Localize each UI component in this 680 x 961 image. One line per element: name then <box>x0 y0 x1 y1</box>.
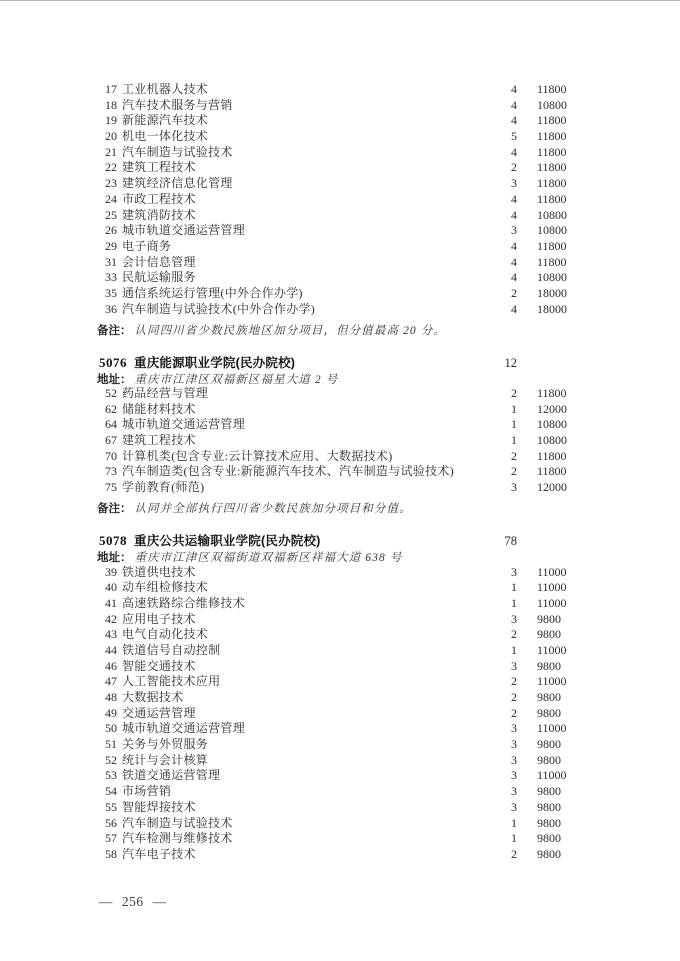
tuition-fee: 9800 <box>537 784 578 800</box>
tuition-fee: 9800 <box>537 627 578 643</box>
admit-count: 3 <box>487 784 517 800</box>
major-name: 汽车制造与试验技术 <box>122 145 487 161</box>
table-row: 23 建筑经济信息化管理 3 11800 <box>96 176 578 192</box>
tuition-fee: 12000 <box>537 480 578 496</box>
tuition-fee: 11000 <box>537 674 578 690</box>
major-number: 52 <box>96 386 117 402</box>
major-number: 31 <box>96 255 117 271</box>
table-row: 42 应用电子技术 3 9800 <box>96 612 578 628</box>
major-name: 城市轨道交通运营管理 <box>122 417 487 433</box>
major-name: 储能材料技术 <box>122 402 487 418</box>
tuition-fee: 10800 <box>537 270 578 286</box>
admit-count: 2 <box>487 386 517 402</box>
major-number: 41 <box>96 596 117 612</box>
admit-count: 3 <box>487 612 517 628</box>
major-number: 49 <box>96 706 117 722</box>
page-number: — 256 — <box>99 894 167 910</box>
address-label: 地址： <box>97 374 132 386</box>
major-number: 26 <box>96 223 117 239</box>
admit-count: 1 <box>487 643 517 659</box>
table-row: 47 人工智能技术应用 2 11000 <box>96 674 578 690</box>
admit-count: 2 <box>487 674 517 690</box>
major-number: 29 <box>96 239 117 255</box>
admit-count: 3 <box>487 565 517 581</box>
major-number: 21 <box>96 145 117 161</box>
tuition-fee: 9800 <box>537 612 578 628</box>
major-number: 24 <box>96 192 117 208</box>
major-number: 44 <box>96 643 117 659</box>
major-name: 新能源汽车技术 <box>122 113 487 129</box>
note-label: 备注： <box>97 503 132 515</box>
tuition-fee: 11000 <box>537 643 578 659</box>
college-header: 5078 重庆公共运输职业学院(民办院校) 78 <box>96 532 578 550</box>
major-name: 智能焊接技术 <box>122 800 487 816</box>
major-number: 53 <box>96 768 117 784</box>
table-row: 56 汽车制造与试验技术 1 9800 <box>96 816 578 832</box>
table-row: 70 计算机类(包含专业:云计算技术应用、大数据技术) 2 11800 <box>96 449 578 465</box>
major-table: 17 工业机器人技术 4 11800 18 汽车技术服务与营销 4 10800 … <box>96 82 578 317</box>
admit-count: 3 <box>487 223 517 239</box>
table-row: 52 统计与会计核算 3 9800 <box>96 753 578 769</box>
major-name: 计算机类(包含专业:云计算技术应用、大数据技术) <box>122 449 487 465</box>
admit-count: 2 <box>487 690 517 706</box>
address-text: 重庆市江津区双福街道双福新区祥福大道 638 号 <box>135 552 403 564</box>
major-name: 建筑工程技术 <box>122 160 487 176</box>
college-section: 17 工业机器人技术 4 11800 18 汽车技术服务与营销 4 10800 … <box>96 82 578 338</box>
college-plan-total: 78 <box>487 532 517 550</box>
tuition-fee: 12000 <box>537 402 578 418</box>
major-name: 人工智能技术应用 <box>122 674 487 690</box>
table-row: 20 机电一体化技术 5 11800 <box>96 129 578 145</box>
admit-count: 3 <box>487 176 517 192</box>
table-row: 24 市政工程技术 4 11800 <box>96 192 578 208</box>
tuition-fee: 18000 <box>537 302 578 318</box>
college-section: 5078 重庆公共运输职业学院(民办院校) 78 地址：重庆市江津区双福街道双福… <box>96 532 578 863</box>
table-row: 17 工业机器人技术 4 11800 <box>96 82 578 98</box>
tuition-fee: 11800 <box>537 113 578 129</box>
table-row: 48 大数据技术 2 9800 <box>96 690 578 706</box>
major-number: 17 <box>96 82 117 98</box>
major-name: 会计信息管理 <box>122 255 487 271</box>
major-name: 工业机器人技术 <box>122 82 487 98</box>
major-name: 建筑经济信息化管理 <box>122 176 487 192</box>
table-row: 54 市场营销 3 9800 <box>96 784 578 800</box>
tuition-fee: 9800 <box>537 690 578 706</box>
major-name: 学前教育(师范) <box>122 480 487 496</box>
major-name: 汽车制造与试验技术 <box>122 816 487 832</box>
tuition-fee: 9800 <box>537 847 578 863</box>
tuition-fee: 10800 <box>537 223 578 239</box>
major-number: 22 <box>96 160 117 176</box>
address-text: 重庆市江津区双福新区福星大道 2 号 <box>135 374 339 386</box>
tuition-fee: 11800 <box>537 464 578 480</box>
tuition-fee: 9800 <box>537 737 578 753</box>
major-name: 铁道交通运营管理 <box>122 768 487 784</box>
table-row: 29 电子商务 4 11800 <box>96 239 578 255</box>
tuition-fee: 11800 <box>537 255 578 271</box>
major-name: 机电一体化技术 <box>122 129 487 145</box>
table-row: 49 交通运营管理 2 9800 <box>96 706 578 722</box>
table-row: 67 建筑工程技术 1 10800 <box>96 433 578 449</box>
address-line: 地址：重庆市江津区双福街道双福新区祥福大道 638 号 <box>96 550 578 565</box>
major-name: 城市轨道交通运营管理 <box>122 223 487 239</box>
admit-count: 3 <box>487 480 517 496</box>
major-name: 高速铁路综合维修技术 <box>122 596 487 612</box>
college-code: 5078 <box>96 532 127 550</box>
admit-count: 3 <box>487 659 517 675</box>
admit-count: 3 <box>487 753 517 769</box>
major-name: 建筑工程技术 <box>122 433 487 449</box>
major-name: 汽车电子技术 <box>122 847 487 863</box>
table-row: 26 城市轨道交通运营管理 3 10800 <box>96 223 578 239</box>
tuition-fee: 11000 <box>537 768 578 784</box>
college-name: 重庆能源职业学院(民办院校) <box>134 354 487 372</box>
table-row: 21 汽车制造与试验技术 4 11800 <box>96 145 578 161</box>
tuition-fee: 10800 <box>537 208 578 224</box>
major-name: 关务与外贸服务 <box>122 737 487 753</box>
tuition-fee: 9800 <box>537 753 578 769</box>
major-number: 43 <box>96 627 117 643</box>
admit-count: 4 <box>487 113 517 129</box>
admit-count: 1 <box>487 417 517 433</box>
tuition-fee: 11800 <box>537 449 578 465</box>
major-number: 20 <box>96 129 117 145</box>
tuition-fee: 10800 <box>537 98 578 114</box>
table-row: 51 关务与外贸服务 3 9800 <box>96 737 578 753</box>
table-row: 64 城市轨道交通运营管理 1 10800 <box>96 417 578 433</box>
tuition-fee: 11800 <box>537 192 578 208</box>
table-row: 50 城市轨道交通运营管理 3 11000 <box>96 721 578 737</box>
major-number: 70 <box>96 449 117 465</box>
tuition-fee: 11800 <box>537 386 578 402</box>
college-list: 17 工业机器人技术 4 11800 18 汽车技术服务与营销 4 10800 … <box>96 82 578 863</box>
major-name: 汽车检测与维修技术 <box>122 831 487 847</box>
major-name: 交通运营管理 <box>122 706 487 722</box>
major-name: 铁道供电技术 <box>122 565 487 581</box>
table-row: 22 建筑工程技术 2 11800 <box>96 160 578 176</box>
address-line: 地址：重庆市江津区双福新区福星大道 2 号 <box>96 372 578 387</box>
table-row: 73 汽车制造类(包含专业:新能源汽车技术、汽车制造与试验技术) 2 11800 <box>96 464 578 480</box>
admit-count: 3 <box>487 721 517 737</box>
major-name: 电气自动化技术 <box>122 627 487 643</box>
admit-count: 2 <box>487 464 517 480</box>
major-name: 大数据技术 <box>122 690 487 706</box>
major-name: 电子商务 <box>122 239 487 255</box>
major-number: 75 <box>96 480 117 496</box>
major-name: 市场营销 <box>122 784 487 800</box>
tuition-fee: 11800 <box>537 239 578 255</box>
tuition-fee: 11800 <box>537 176 578 192</box>
page-top-edge <box>0 0 680 1</box>
major-name: 民航运输服务 <box>122 270 487 286</box>
major-number: 48 <box>96 690 117 706</box>
admit-count: 2 <box>487 706 517 722</box>
major-name: 建筑消防技术 <box>122 208 487 224</box>
admit-count: 4 <box>487 145 517 161</box>
tuition-fee: 9800 <box>537 659 578 675</box>
table-row: 35 通信系统运行管理(中外合作办学) 2 18000 <box>96 286 578 302</box>
admit-count: 2 <box>487 627 517 643</box>
tuition-fee: 9800 <box>537 706 578 722</box>
major-number: 73 <box>96 464 117 480</box>
major-name: 通信系统运行管理(中外合作办学) <box>122 286 487 302</box>
table-row: 62 储能材料技术 1 12000 <box>96 402 578 418</box>
major-number: 19 <box>96 113 117 129</box>
major-number: 64 <box>96 417 117 433</box>
major-number: 58 <box>96 847 117 863</box>
tuition-fee: 18000 <box>537 286 578 302</box>
note-line: 备注：认同四川省少数民族地区加分项目，但分值最高 20 分。 <box>96 322 578 338</box>
table-row: 41 高速铁路综合维修技术 1 11000 <box>96 596 578 612</box>
admit-count: 3 <box>487 800 517 816</box>
major-number: 54 <box>96 784 117 800</box>
major-number: 23 <box>96 176 117 192</box>
major-number: 39 <box>96 565 117 581</box>
admit-count: 3 <box>487 737 517 753</box>
admit-count: 4 <box>487 192 517 208</box>
major-name: 药品经营与管理 <box>122 386 487 402</box>
table-row: 58 汽车电子技术 2 9800 <box>96 847 578 863</box>
major-number: 67 <box>96 433 117 449</box>
table-row: 31 会计信息管理 4 11800 <box>96 255 578 271</box>
document-page: 17 工业机器人技术 4 11800 18 汽车技术服务与营销 4 10800 … <box>96 82 578 863</box>
major-name: 市政工程技术 <box>122 192 487 208</box>
college-section: 5076 重庆能源职业学院(民办院校) 12 地址：重庆市江津区双福新区福星大道… <box>96 354 578 517</box>
tuition-fee: 11000 <box>537 721 578 737</box>
admit-count: 4 <box>487 270 517 286</box>
tuition-fee: 11800 <box>537 160 578 176</box>
tuition-fee: 9800 <box>537 816 578 832</box>
admit-count: 2 <box>487 160 517 176</box>
major-number: 25 <box>96 208 117 224</box>
table-row: 40 动车组检修技术 1 11000 <box>96 580 578 596</box>
tuition-fee: 11000 <box>537 580 578 596</box>
major-name: 汽车制造类(包含专业:新能源汽车技术、汽车制造与试验技术) <box>122 464 487 480</box>
table-row: 75 学前教育(师范) 3 12000 <box>96 480 578 496</box>
table-row: 57 汽车检测与维修技术 1 9800 <box>96 831 578 847</box>
table-row: 33 民航运输服务 4 10800 <box>96 270 578 286</box>
major-number: 36 <box>96 302 117 318</box>
table-row: 25 建筑消防技术 4 10800 <box>96 208 578 224</box>
major-number: 46 <box>96 659 117 675</box>
college-code: 5076 <box>96 354 127 372</box>
major-number: 33 <box>96 270 117 286</box>
table-row: 52 药品经营与管理 2 11800 <box>96 386 578 402</box>
tuition-fee: 9800 <box>537 800 578 816</box>
college-plan-total: 12 <box>487 354 517 372</box>
admit-count: 3 <box>487 768 517 784</box>
admit-count: 1 <box>487 580 517 596</box>
tuition-fee: 11000 <box>537 596 578 612</box>
table-row: 43 电气自动化技术 2 9800 <box>96 627 578 643</box>
major-number: 42 <box>96 612 117 628</box>
note-line: 备注：认同并全部执行四川省少数民族加分项目和分值。 <box>96 500 578 516</box>
major-number: 50 <box>96 721 117 737</box>
major-name: 汽车制造与试验技术(中外合作办学) <box>122 302 487 318</box>
admit-count: 4 <box>487 98 517 114</box>
note-text: 认同四川省少数民族地区加分项目，但分值最高 20 分。 <box>135 325 446 337</box>
admit-count: 4 <box>487 255 517 271</box>
major-number: 62 <box>96 402 117 418</box>
tuition-fee: 11800 <box>537 129 578 145</box>
major-name: 统计与会计核算 <box>122 753 487 769</box>
major-number: 55 <box>96 800 117 816</box>
major-table: 52 药品经营与管理 2 11800 62 储能材料技术 1 12000 64 … <box>96 386 578 496</box>
tuition-fee: 10800 <box>537 417 578 433</box>
admit-count: 2 <box>487 847 517 863</box>
table-row: 53 铁道交通运营管理 3 11000 <box>96 768 578 784</box>
major-number: 18 <box>96 98 117 114</box>
tuition-fee: 11000 <box>537 565 578 581</box>
major-name: 动车组检修技术 <box>122 580 487 596</box>
admit-count: 1 <box>487 816 517 832</box>
table-row: 39 铁道供电技术 3 11000 <box>96 565 578 581</box>
college-name: 重庆公共运输职业学院(民办院校) <box>134 532 487 550</box>
admit-count: 4 <box>487 302 517 318</box>
admit-count: 1 <box>487 433 517 449</box>
major-number: 56 <box>96 816 117 832</box>
admit-count: 2 <box>487 449 517 465</box>
admit-count: 4 <box>487 208 517 224</box>
tuition-fee: 10800 <box>537 433 578 449</box>
note-text: 认同并全部执行四川省少数民族加分项目和分值。 <box>135 503 412 515</box>
admit-count: 4 <box>487 239 517 255</box>
major-name: 铁道信号自动控制 <box>122 643 487 659</box>
major-number: 52 <box>96 753 117 769</box>
table-row: 19 新能源汽车技术 4 11800 <box>96 113 578 129</box>
note-label: 备注： <box>97 325 132 337</box>
address-label: 地址： <box>97 552 132 564</box>
college-header: 5076 重庆能源职业学院(民办院校) 12 <box>96 354 578 372</box>
major-number: 47 <box>96 674 117 690</box>
admit-count: 5 <box>487 129 517 145</box>
major-number: 40 <box>96 580 117 596</box>
major-number: 35 <box>96 286 117 302</box>
admit-count: 2 <box>487 286 517 302</box>
tuition-fee: 11800 <box>537 145 578 161</box>
major-name: 智能交通技术 <box>122 659 487 675</box>
table-row: 46 智能交通技术 3 9800 <box>96 659 578 675</box>
major-name: 应用电子技术 <box>122 612 487 628</box>
admit-count: 1 <box>487 402 517 418</box>
admit-count: 1 <box>487 831 517 847</box>
admit-count: 1 <box>487 596 517 612</box>
table-row: 36 汽车制造与试验技术(中外合作办学) 4 18000 <box>96 302 578 318</box>
tuition-fee: 11800 <box>537 82 578 98</box>
admit-count: 4 <box>487 82 517 98</box>
major-number: 57 <box>96 831 117 847</box>
tuition-fee: 9800 <box>537 831 578 847</box>
table-row: 55 智能焊接技术 3 9800 <box>96 800 578 816</box>
major-name: 城市轨道交通运营管理 <box>122 721 487 737</box>
table-row: 44 铁道信号自动控制 1 11000 <box>96 643 578 659</box>
major-number: 51 <box>96 737 117 753</box>
major-table: 39 铁道供电技术 3 11000 40 动车组检修技术 1 11000 41 … <box>96 565 578 863</box>
table-row: 18 汽车技术服务与营销 4 10800 <box>96 98 578 114</box>
major-name: 汽车技术服务与营销 <box>122 98 487 114</box>
